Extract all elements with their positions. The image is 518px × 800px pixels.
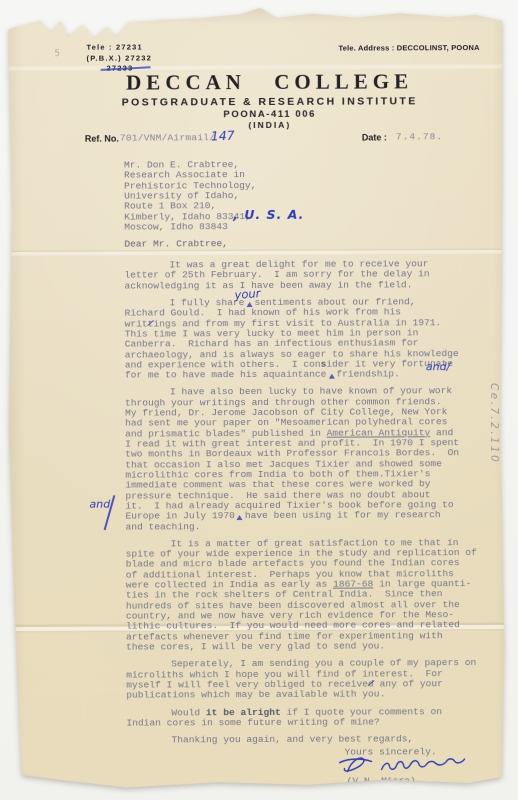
address-line: Moscow, Idho 83843 xyxy=(124,222,256,233)
typed-line: Europe in July 1970have been using it fo… xyxy=(125,510,495,522)
handwritten-insert-and-right: and/ xyxy=(426,360,450,373)
typed-line: these cores, I will be very glad to send… xyxy=(126,641,496,653)
typed-line: publications which may be available with… xyxy=(126,689,496,701)
paragraph: It was a great delight for me to receive… xyxy=(124,259,494,292)
ink-caret-mark xyxy=(328,374,334,379)
letter-body: It was a great delight for me to receive… xyxy=(124,259,496,753)
pencil-corner-mark: 5 xyxy=(53,48,61,59)
paragraph: I have also been lucky to have known of … xyxy=(125,386,496,532)
typed-segment: t xyxy=(148,318,154,329)
signed-name: (V.N. Misra) xyxy=(347,776,416,787)
tele-line2: (P.B.X.) 27232 xyxy=(86,53,151,64)
country-line: (INDIA) xyxy=(37,119,503,131)
institute-line: POSTGRADUATE & RESEARCH INSTITUTE xyxy=(37,95,503,109)
date-value: 7.4.78. xyxy=(396,131,443,142)
date-label: Date : xyxy=(362,132,387,142)
paragraph: Thanking you again, and very best regard… xyxy=(126,734,496,746)
paragraph: Seperately, I am sending you a couple of… xyxy=(126,658,496,701)
pencil-catalog-number: Ce.7.2.110 xyxy=(488,383,500,464)
typed-line: acknowledging it as I have been away in … xyxy=(124,280,494,292)
handwritten-insert-your: your xyxy=(234,286,261,302)
telephone-numbers: Tele : 27231 (P.B.X.) 27232 27233 xyxy=(86,42,152,74)
ink-caret-mark xyxy=(246,302,252,307)
paragraph: Would it be alright if I quote your comm… xyxy=(126,706,496,728)
paragraph: It is a matter of great satisfaction to … xyxy=(126,538,496,653)
typed-line: Indian cores in some future writing of m… xyxy=(126,717,496,729)
ref-number-typed: 701/VNM/Airmail/ xyxy=(120,132,215,143)
scanned-letter: Tele : 27231 (P.B.X.) 27232 27233 Tele. … xyxy=(0,0,518,800)
typed-line: Thanking you again, and very best regard… xyxy=(126,734,496,746)
typed-segment: d xyxy=(368,678,374,689)
handwritten-usa: , U. S. A. xyxy=(233,207,304,222)
paper-wrap: Tele : 27231 (P.B.X.) 27232 27233 Tele. … xyxy=(4,7,507,797)
telegraph-address: Tele. Address : DECCOLINST, POONA xyxy=(338,43,479,53)
ref-label: Ref. No. xyxy=(85,134,119,144)
college-name: DECCAN COLLEGE xyxy=(37,69,503,96)
letter-paper: Tele : 27231 (P.B.X.) 27232 27233 Tele. … xyxy=(4,7,507,797)
ref-number-handwritten: 147 xyxy=(211,128,235,144)
tele-line1: Tele : 27231 xyxy=(86,42,151,53)
salutation: Dear Mr. Crabtree, xyxy=(124,239,228,250)
ink-caret-mark xyxy=(237,515,243,520)
handwritten-insert-and-left: and xyxy=(89,498,110,511)
typed-line: and teaching. xyxy=(126,520,496,532)
